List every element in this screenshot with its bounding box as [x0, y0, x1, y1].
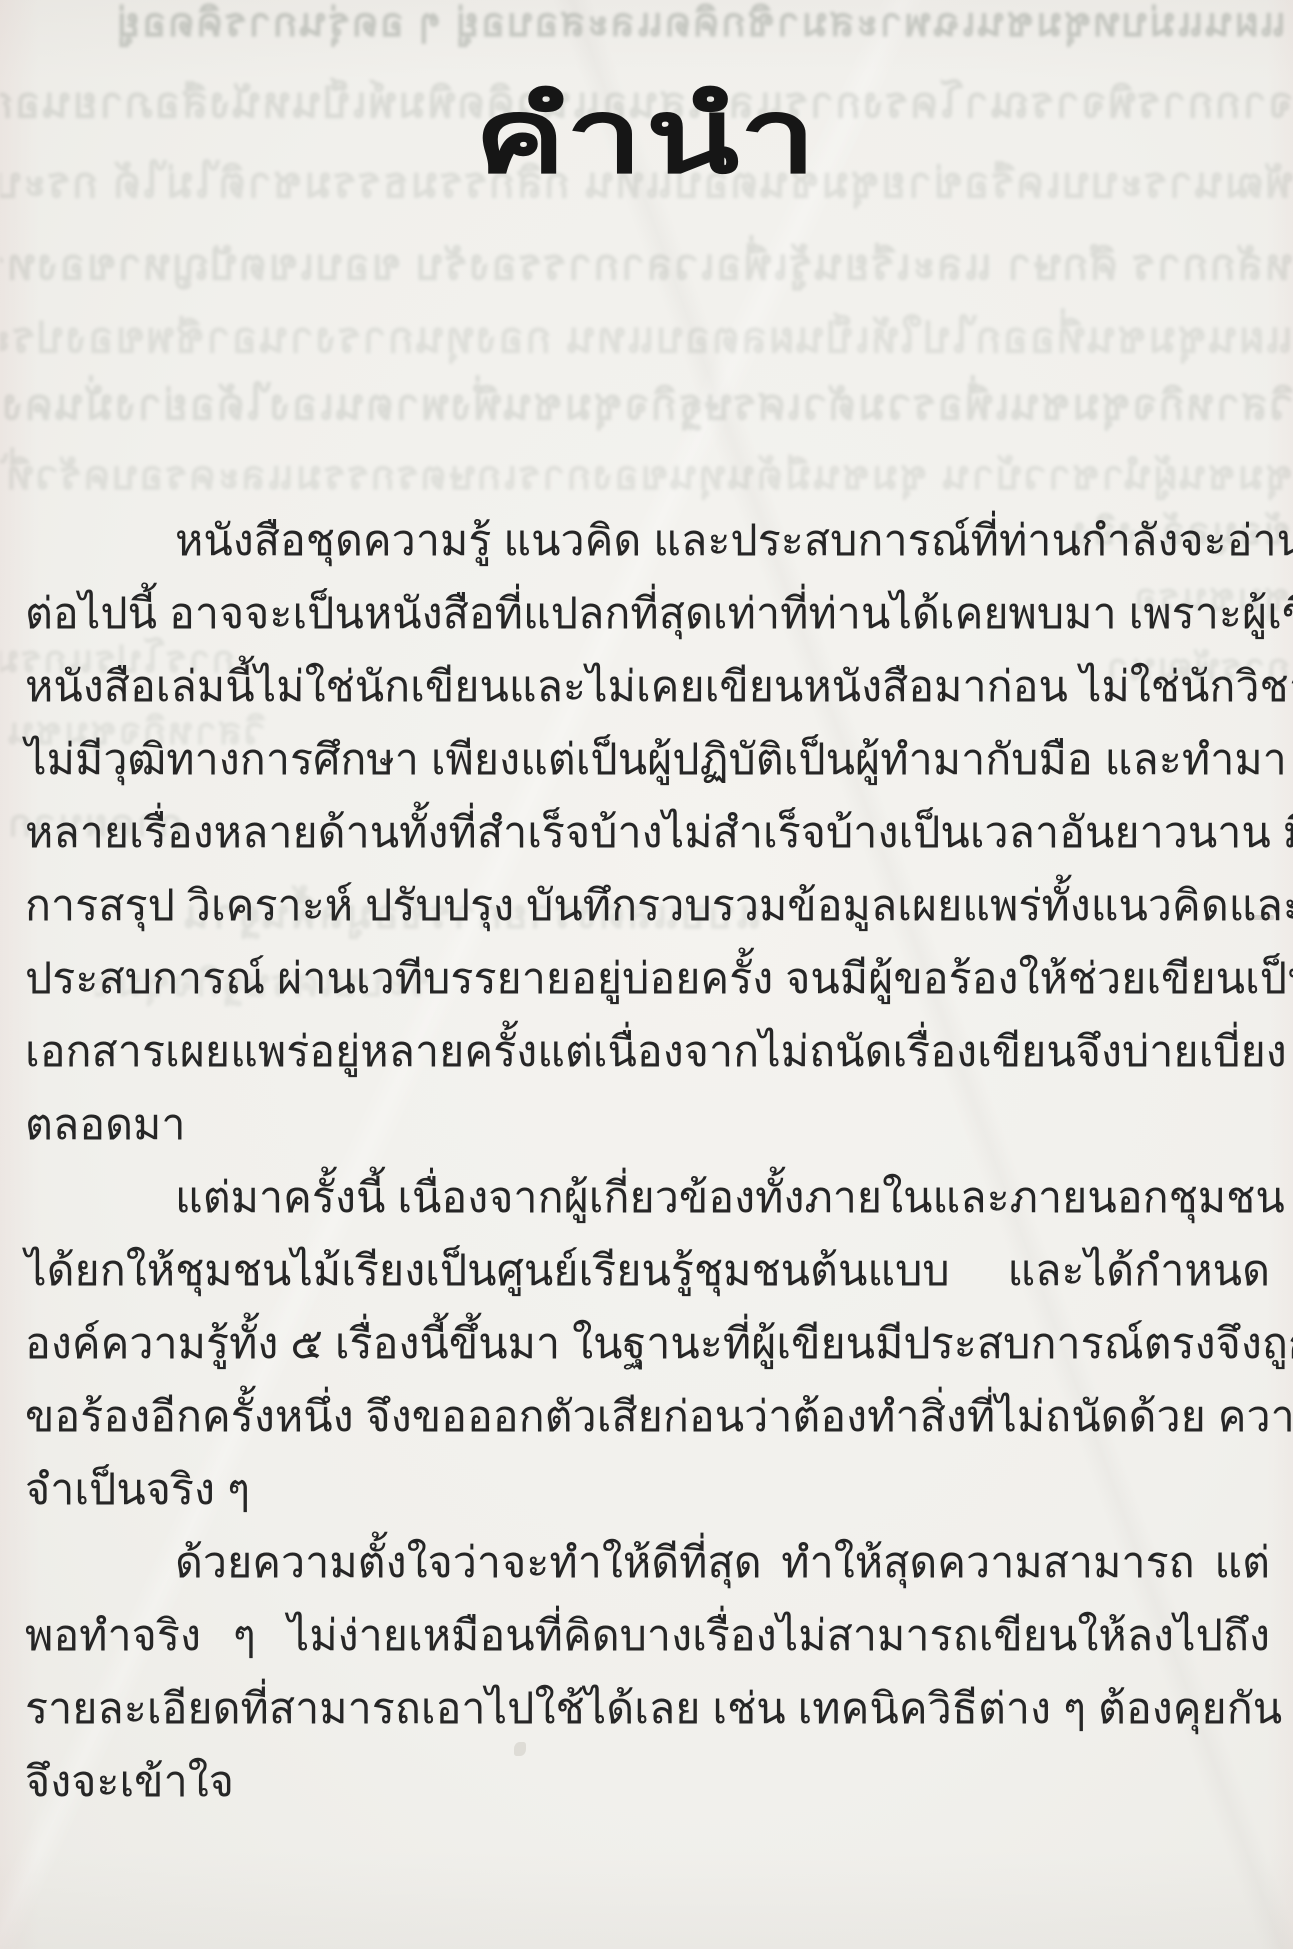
text-line: ประสบการณ์ ผ่านเวทีบรรยายอยู่บ่อยครั้ง จ…: [25, 943, 1270, 1016]
text-line: จึงจะเข้าใจ: [25, 1746, 1270, 1819]
text-line: ตลอดมา: [25, 1089, 1270, 1162]
text-line: พอทำจริง ๆ ไม่ง่ายเหมือนที่คิดบางเรื่องไ…: [25, 1600, 1270, 1673]
text-line: รายละเอียดที่สามารถเอาไปใช้ได้เลย เช่น เ…: [25, 1673, 1270, 1746]
text-line: ได้ยกให้ชุมชนไม้เรียงเป็นศูนย์เรียนรู้ชุ…: [25, 1235, 1270, 1308]
text-line: หนังสือเล่มนี้ไม่ใช่นักเขียนและไม่เคยเขี…: [25, 651, 1270, 724]
text-line: การสรุป วิเคราะห์ ปรับปรุง บันทึกรวบรวมข…: [25, 870, 1270, 943]
bleedthrough-line: แผนชุมชนที่ออกไปให้เป็นผลตอบแทน กองทุนกา…: [0, 305, 1293, 371]
text-line: หนังสือชุดความรู้ แนวคิด และประสบการณ์ที…: [25, 505, 1270, 578]
text-line: องค์ความรู้ทั้ง ๕ เรื่องนี้ขึ้นมา ในฐานะ…: [25, 1308, 1270, 1381]
bleedthrough-line: วิสาหกิจชุมชนเพื่อรวมตัวเศรษฐกิจชุมชนพึ่…: [0, 372, 1293, 438]
text-line: เอกสารเผยแพร่อยู่หลายครั้งแต่เนื่องจากไม…: [25, 1016, 1270, 1089]
bleedthrough-line: ชุมชนผู้นำชาวบ้าน ชุมชนมีต้นทุนของการเกษ…: [0, 443, 1293, 507]
bleedthrough-line: แผนแม่บทชุมชนเฉพาะสมาชิกคิดและสอบอยู่ ๆ …: [8, 0, 1286, 54]
page-title: คำนำ: [0, 72, 1293, 202]
text-line: ขอร้องอีกครั้งหนึ่ง จึงขอออกตัวเสียก่อนว…: [25, 1381, 1270, 1454]
text-line: ไม่มีวุฒิทางการศึกษา เพียงแต่เป็นผู้ปฏิบ…: [25, 724, 1270, 797]
preface-body: หนังสือชุดความรู้ แนวคิด และประสบการณ์ที…: [25, 505, 1270, 1819]
text-line: จำเป็นจริง ๆ: [25, 1454, 1270, 1527]
bleedthrough-line: หลักการ ศึกษา และเรียนรู้เพื่อเวลาการรอง…: [0, 232, 1293, 298]
text-line: ต่อไปนี้ อาจจะเป็นหนังสือที่แปลกที่สุดเท…: [25, 578, 1270, 651]
text-line: หลายเรื่องหลายด้านทั้งที่สำเร็จบ้างไม่สำ…: [25, 797, 1270, 870]
paragraph: แต่มาครั้งนี้ เนื่องจากผู้เกี่ยวข้องทั้ง…: [25, 1162, 1270, 1527]
text-line: แต่มาครั้งนี้ เนื่องจากผู้เกี่ยวข้องทั้ง…: [25, 1162, 1270, 1235]
paragraph: หนังสือชุดความรู้ แนวคิด และประสบการณ์ที…: [25, 505, 1270, 1162]
scanned-book-page: แผนแม่บทชุมชนเฉพาะสมาชิกคิดและสอบอยู่ ๆ …: [0, 0, 1293, 1949]
text-line: ด้วยความตั้งใจว่าจะทำให้ดีที่สุด ทำให้สุ…: [25, 1527, 1270, 1600]
paragraph: ด้วยความตั้งใจว่าจะทำให้ดีที่สุด ทำให้สุ…: [25, 1527, 1270, 1819]
